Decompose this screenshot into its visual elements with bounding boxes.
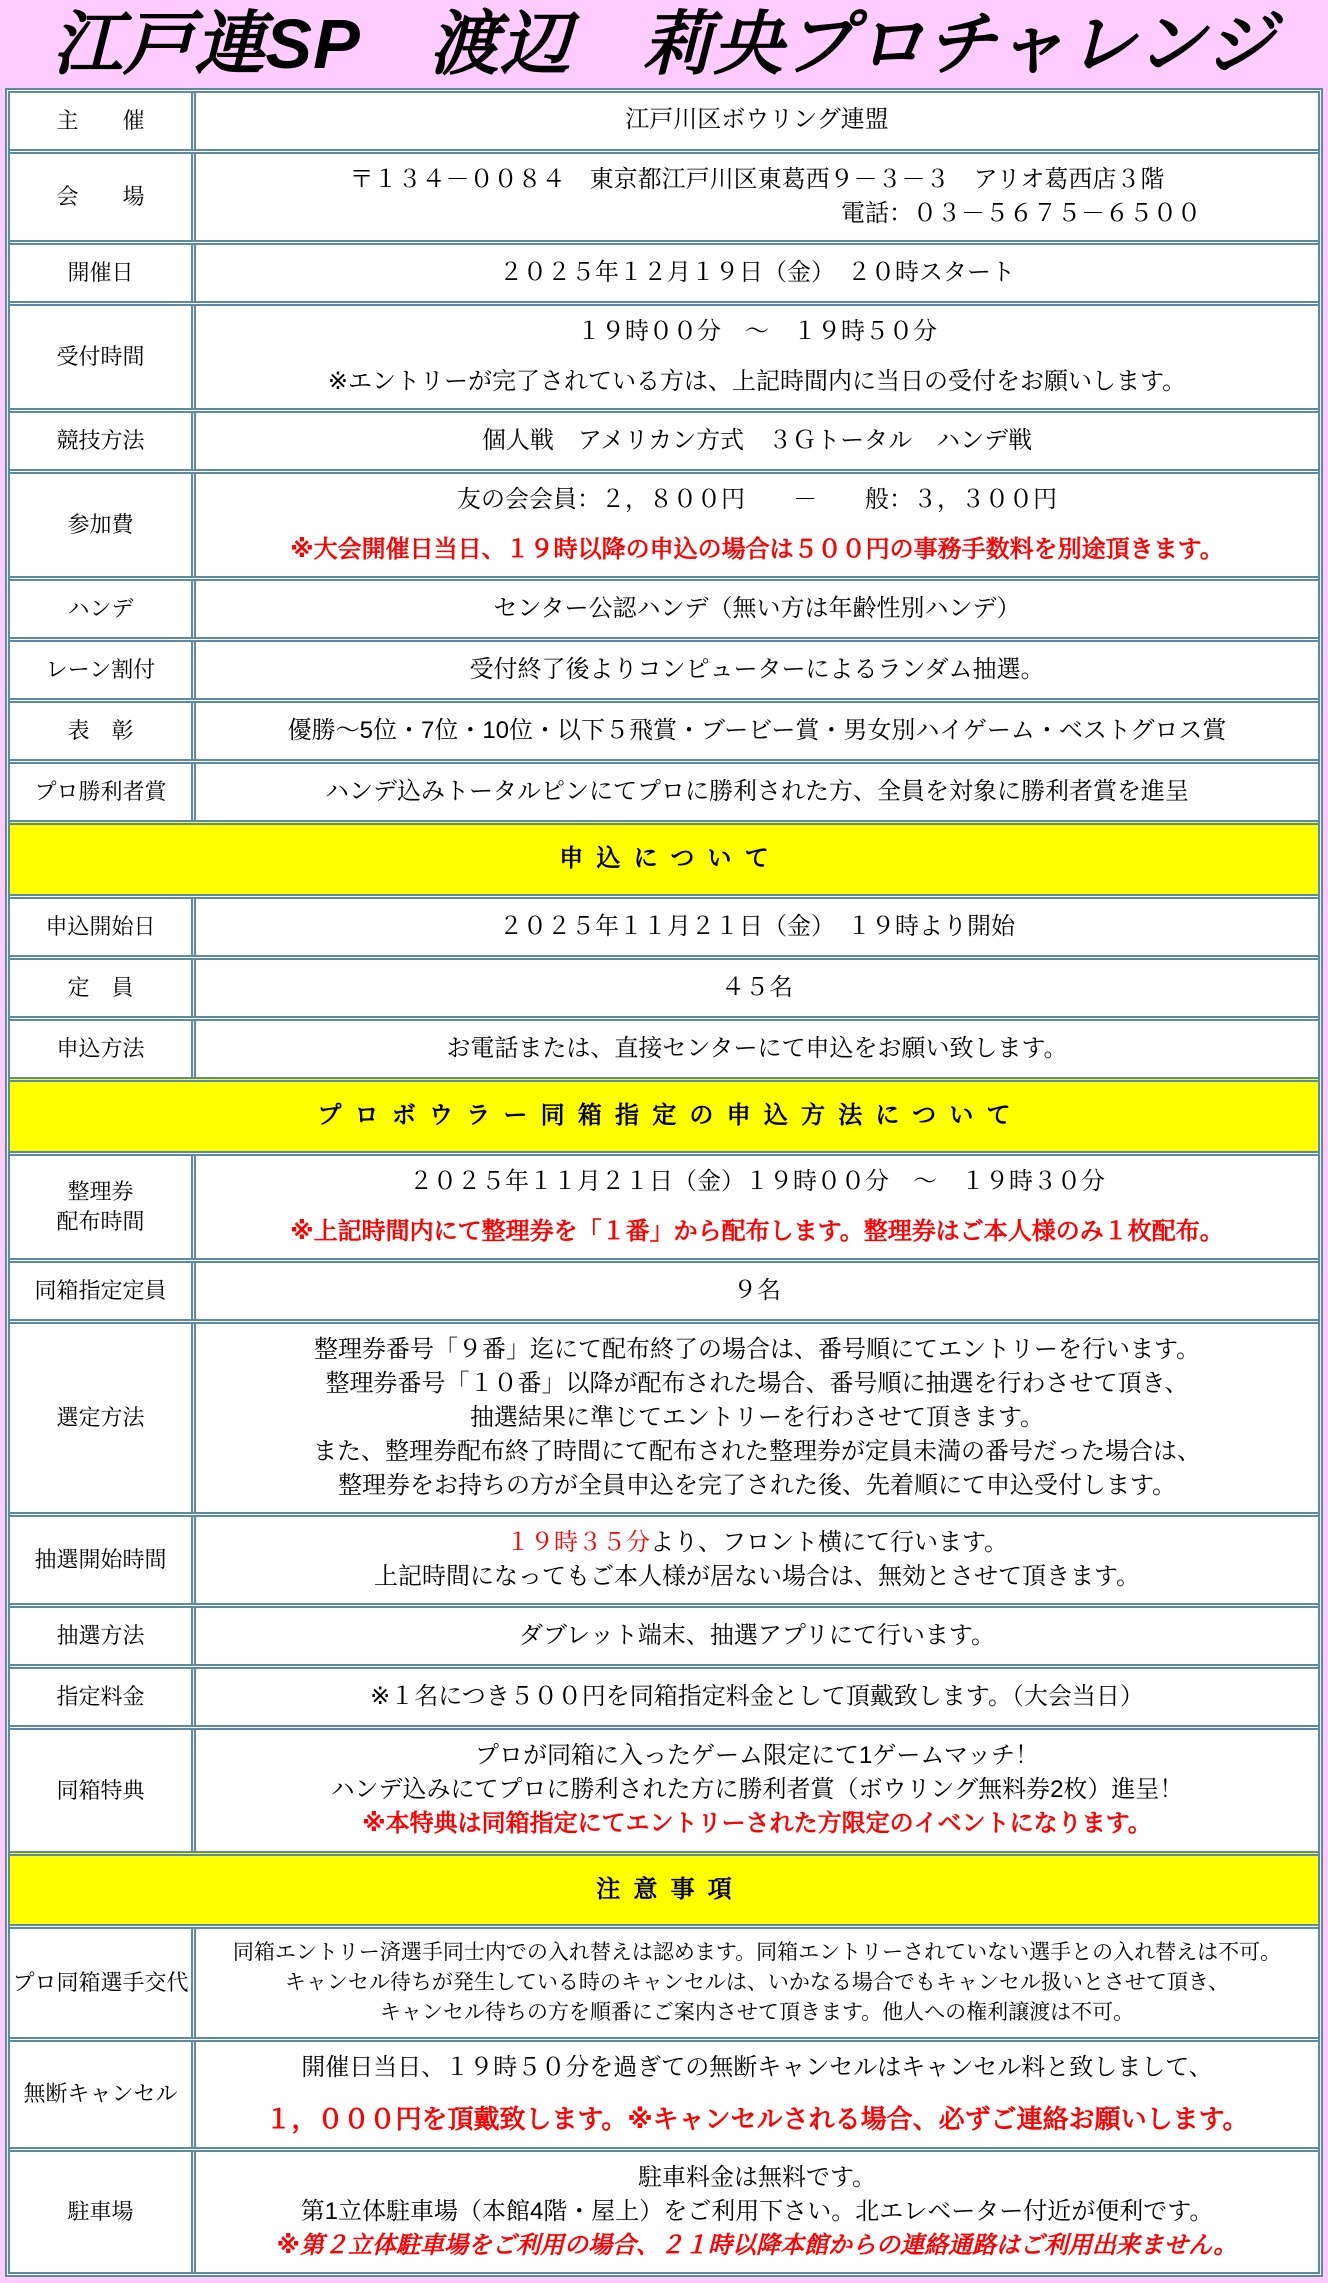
- body-text: 優勝～5位・7位・10位・以下５飛賞・ブービー賞・男女別ハイゲーム・ベストグロス…: [288, 717, 1227, 744]
- body-text: ２０２５年１１月２１日（金）１９時００分 ～ １９時３０分: [409, 1168, 1105, 1195]
- warning-text: １，０００円を頂戴致します。※キャンセルされる場合、必ずご連絡お願いします。: [265, 2104, 1248, 2134]
- table-row: 指定料金※１名につき５００円を同箱指定料金として頂戴致します。（大会当日）: [10, 1664, 1318, 1725]
- row-content: 同箱エントリー済選手同士内での入れ替えは認めます。同箱エントリーされていない選手…: [196, 1929, 1318, 2036]
- text-line: ２０２５年１１月２１日（金） １９時より開始: [499, 910, 1015, 944]
- text-line: ４５名: [721, 971, 793, 1005]
- row-content: 個人戦 アメリカン方式 ３Ｇトータル ハンデ戦: [196, 413, 1318, 469]
- table-row: 競技方法個人戦 アメリカン方式 ３Ｇトータル ハンデ戦: [10, 408, 1318, 469]
- warning-text: １９時３５分: [506, 1529, 650, 1556]
- row-label: 同箱特典: [10, 1730, 196, 1850]
- text-line: 電話：０３－５６７５－６５００: [313, 197, 1201, 231]
- row-label: レーン割付: [10, 642, 196, 698]
- text-line: 整理券番号「１０番」以降が配布された場合、番号順に抽選を行わさせて頂き、: [325, 1367, 1188, 1401]
- row-content: ハンデ込みトータルピンにてプロに勝利された方、全員を対象に勝利者賞を進呈: [196, 764, 1318, 820]
- table-row: 受付時間１９時００分 ～ １９時５０分※エントリーが完了されている方は、上記時間…: [10, 301, 1318, 408]
- body-text: 電話：０３－５６７５－６５００: [841, 200, 1201, 227]
- text-line: キャンセル待ちの方を順番にご案内させて頂きます。他人への権利譲渡は不可。: [380, 1998, 1134, 2028]
- body-text: 駐車料金は無料です。: [638, 2164, 876, 2191]
- text-line: 〒１３４－００８４ 東京都江戸川区東葛西９－３－３ アリオ葛西店３階: [350, 163, 1165, 197]
- warning-text: ※上記時間内にて整理券を「１番」から配布します。整理券はご本人様のみ１枚配布。: [290, 1218, 1223, 1245]
- text-line: 受付終了後よりコンピューターによるランダム抽選。: [469, 653, 1044, 687]
- table-row: 選定方法整理券番号「９番」迄にて配布終了の場合は、番号順にてエントリーを行います…: [10, 1319, 1318, 1512]
- body-text: １９時００分 ～ １９時５０分: [577, 318, 937, 345]
- table-row: 同箱特典プロが同箱に入ったゲーム限定にて1ゲームマッチ！ハンデ込みにてプロに勝利…: [10, 1725, 1318, 1850]
- body-text: また、整理券配布終了時間にて配布された整理券が定員未満の番号だった場合は、: [313, 1438, 1201, 1465]
- text-line: 同箱エントリー済選手同士内での入れ替えは認めます。同箱エントリーされていない選手…: [233, 1938, 1281, 1968]
- text-line: ハンデ込みトータルピンにてプロに勝利された方、全員を対象に勝利者賞を進呈: [325, 775, 1189, 809]
- body-text: プロが同箱に入ったゲーム限定にて1ゲームマッチ！: [475, 1742, 1039, 1769]
- body-text: ハンデ込みトータルピンにてプロに勝利された方、全員を対象に勝利者賞を進呈: [325, 778, 1189, 805]
- body-text: ※エントリーが完了されている方は、上記時間内に当日の受付をお願いします。: [328, 368, 1186, 395]
- body-text: 整理券をお持ちの方が全員申込を完了された後、先着順にて申込受付します。: [338, 1472, 1176, 1499]
- table-row: 申込方法お電話または、直接センターにて申込をお願い致します。: [10, 1016, 1318, 1077]
- row-label: 無断キャンセル: [10, 2042, 196, 2147]
- row-content: ４５名: [196, 960, 1318, 1016]
- text-line: 江戸川区ボウリング連盟: [625, 103, 889, 137]
- text-line: ※１名につき５００円を同箱指定料金として頂戴致します。（大会当日）: [370, 1680, 1144, 1714]
- warning-text: ※本特典は同箱指定にてエントリーされた方限定のイベントになります。: [362, 1810, 1151, 1837]
- table-row: 定 員４５名: [10, 955, 1318, 1016]
- text-line: １，０００円を頂戴致します。※キャンセルされる場合、必ずご連絡お願いします。: [265, 2101, 1248, 2138]
- text-line: 駐車料金は無料です。: [638, 2161, 876, 2195]
- text-line: また、整理券配布終了時間にて配布された整理券が定員未満の番号だった場合は、: [313, 1435, 1201, 1469]
- row-label: 開催日: [10, 245, 196, 301]
- text-line: 整理券をお持ちの方が全員申込を完了された後、先着順にて申込受付します。: [338, 1469, 1176, 1503]
- table-row: 参加費友の会会員：２，８００円 － 般：３，３００円※大会開催日当日、１９時以降…: [10, 469, 1318, 576]
- text-line: 開催日当日、１９時５０分を過ぎての無断キャンセルはキャンセル料と致しまして、: [301, 2051, 1213, 2085]
- body-text: 整理券番号「１０番」以降が配布された場合、番号順に抽選を行わさせて頂き、: [325, 1370, 1188, 1397]
- row-label: 抽選方法: [10, 1608, 196, 1664]
- row-label: 申込方法: [10, 1021, 196, 1077]
- row-label: プロ勝利者賞: [10, 764, 196, 820]
- row-content: センター公認ハンデ（無い方は年齢性別ハンデ）: [196, 581, 1318, 637]
- text-line: お電話または、直接センターにて申込をお願い致します。: [446, 1032, 1067, 1066]
- table-row: 会 場〒１３４－００８４ 東京都江戸川区東葛西９－３－３ アリオ葛西店３階電話：…: [10, 149, 1318, 240]
- row-content: ２０２５年１２月１９日（金） ２０時スタート: [196, 245, 1318, 301]
- table-row: 表 彰優勝～5位・7位・10位・以下５飛賞・ブービー賞・男女別ハイゲーム・ベスト…: [10, 698, 1318, 759]
- row-content: プロが同箱に入ったゲーム限定にて1ゲームマッチ！ハンデ込みにてプロに勝利された方…: [196, 1730, 1318, 1850]
- tournament-flyer: 江戸連SP 渡辺 莉央プロチャレンジ 主 催江戸川区ボウリング連盟会 場〒１３４…: [0, 0, 1328, 2283]
- row-label: 申込開始日: [10, 899, 196, 955]
- body-text: キャンセル待ちが発生している時のキャンセルは、いかなる場合でもキャンセル扱いとさ…: [285, 1971, 1229, 1994]
- text-line: 上記時間になってもご本人様が居ない場合は、無効とさせて頂きます。: [374, 1560, 1140, 1594]
- row-label: 指定料金: [10, 1669, 196, 1725]
- row-content: １９時００分 ～ １９時５０分※エントリーが完了されている方は、上記時間内に当日…: [196, 306, 1318, 408]
- body-text: 第1立体駐車場（本館4階・屋上）をご利用下さい。北エレベーター付近が便利です。: [301, 2198, 1214, 2225]
- body-text: ※１名につき５００円を同箱指定料金として頂戴致します。（大会当日）: [370, 1683, 1144, 1710]
- row-content: 〒１３４－００８４ 東京都江戸川区東葛西９－３－３ アリオ葛西店３階電話：０３－…: [196, 154, 1318, 240]
- table-row: 主 催江戸川区ボウリング連盟: [10, 93, 1318, 149]
- row-label: 同箱指定定員: [10, 1263, 196, 1319]
- warning-text: ※第２立体駐車場をご利用の場合、２１時以降本館からの連絡通路はご利用出来ません。: [277, 2232, 1238, 2259]
- row-label: 受付時間: [10, 306, 196, 408]
- text-line: センター公認ハンデ（無い方は年齢性別ハンデ）: [493, 592, 1020, 626]
- body-text: ２０２５年１２月１９日（金） ２０時スタート: [499, 259, 1015, 286]
- row-label: 定 員: [10, 960, 196, 1016]
- body-text: ダブレット端末、抽選アプリにて行います。: [519, 1622, 995, 1649]
- text-line: ９名: [733, 1274, 781, 1308]
- body-text: お電話または、直接センターにて申込をお願い致します。: [446, 1035, 1067, 1062]
- body-text: 受付終了後よりコンピューターによるランダム抽選。: [469, 656, 1044, 683]
- table-row: 整理券 配布時間２０２５年１１月２１日（金）１９時００分 ～ １９時３０分※上記…: [10, 1151, 1318, 1258]
- row-label: 表 彰: [10, 703, 196, 759]
- row-label: 参加費: [10, 474, 196, 576]
- section-header: 申込について: [10, 820, 1318, 894]
- text-line: 友の会会員：２，８００円 － 般：３，３００円: [457, 483, 1057, 517]
- body-text: ９名: [733, 1277, 781, 1304]
- row-content: 開催日当日、１９時５０分を過ぎての無断キャンセルはキャンセル料と致しまして、１，…: [196, 2042, 1318, 2147]
- table-row: ハンデセンター公認ハンデ（無い方は年齢性別ハンデ）: [10, 576, 1318, 637]
- row-content: ダブレット端末、抽選アプリにて行います。: [196, 1608, 1318, 1664]
- text-line: ※第２立体駐車場をご利用の場合、２１時以降本館からの連絡通路はご利用出来ません。: [277, 2229, 1238, 2263]
- text-line: １９時００分 ～ １９時５０分: [577, 315, 937, 349]
- row-content: ２０２５年１１月２１日（金） １９時より開始: [196, 899, 1318, 955]
- table-row: 申込開始日２０２５年１１月２１日（金） １９時より開始: [10, 894, 1318, 955]
- table-row: 開催日２０２５年１２月１９日（金） ２０時スタート: [10, 240, 1318, 301]
- section-header: 注意事項: [10, 1851, 1318, 1925]
- text-line: ※本特典は同箱指定にてエントリーされた方限定のイベントになります。: [362, 1807, 1151, 1841]
- text-line: 第1立体駐車場（本館4階・屋上）をご利用下さい。北エレベーター付近が便利です。: [301, 2195, 1214, 2229]
- row-label: 駐車場: [10, 2152, 196, 2272]
- text-line: 個人戦 アメリカン方式 ３Ｇトータル ハンデ戦: [482, 424, 1032, 458]
- text-line: 抽選結果に準じてエントリーを行わさせて頂きます。: [470, 1401, 1044, 1435]
- row-content: ※１名につき５００円を同箱指定料金として頂戴致します。（大会当日）: [196, 1669, 1318, 1725]
- body-text: センター公認ハンデ（無い方は年齢性別ハンデ）: [493, 595, 1020, 622]
- table-row: 抽選開始時間１９時３５分より、フロント横にて行います。上記時間になってもご本人様…: [10, 1512, 1318, 1603]
- table-row: 抽選方法ダブレット端末、抽選アプリにて行います。: [10, 1603, 1318, 1664]
- body-text: より、フロント横にて行います。: [650, 1529, 1008, 1556]
- body-text: 個人戦 アメリカン方式 ３Ｇトータル ハンデ戦: [482, 427, 1032, 454]
- body-text: 江戸川区ボウリング連盟: [625, 106, 889, 133]
- table-row: 同箱指定定員９名: [10, 1258, 1318, 1319]
- text-line: ダブレット端末、抽選アプリにて行います。: [519, 1619, 995, 1653]
- row-content: お電話または、直接センターにて申込をお願い致します。: [196, 1021, 1318, 1077]
- text-line: ハンデ込みにてプロに勝利された方に勝利者賞（ボウリング無料券2枚）進呈！: [331, 1773, 1184, 1807]
- body-text: 抽選結果に準じてエントリーを行わさせて頂きます。: [470, 1404, 1044, 1431]
- row-label: 会 場: [10, 154, 196, 240]
- table-row: プロ勝利者賞ハンデ込みトータルピンにてプロに勝利された方、全員を対象に勝利者賞を…: [10, 759, 1318, 820]
- text-line: ※大会開催日当日、１９時以降の申込の場合は５００円の事務手数料を別途頂きます。: [290, 533, 1223, 567]
- text-line: ※エントリーが完了されている方は、上記時間内に当日の受付をお願いします。: [328, 365, 1186, 399]
- text-line: 優勝～5位・7位・10位・以下５飛賞・ブービー賞・男女別ハイゲーム・ベストグロス…: [288, 714, 1227, 748]
- row-content: 受付終了後よりコンピューターによるランダム抽選。: [196, 642, 1318, 698]
- table-row: 無断キャンセル開催日当日、１９時５０分を過ぎての無断キャンセルはキャンセル料と致…: [10, 2037, 1318, 2147]
- row-content: 駐車料金は無料です。第1立体駐車場（本館4階・屋上）をご利用下さい。北エレベータ…: [196, 2152, 1318, 2272]
- row-label: 整理券 配布時間: [10, 1156, 196, 1258]
- body-text: 友の会会員：２，８００円 － 般：３，３００円: [457, 486, 1057, 513]
- body-text: 開催日当日、１９時５０分を過ぎての無断キャンセルはキャンセル料と致しまして、: [301, 2054, 1213, 2081]
- body-text: 整理券番号「９番」迄にて配布終了の場合は、番号順にてエントリーを行います。: [314, 1336, 1200, 1363]
- warning-text: ※大会開催日当日、１９時以降の申込の場合は５００円の事務手数料を別途頂きます。: [290, 536, 1223, 563]
- body-text: キャンセル待ちの方を順番にご案内させて頂きます。他人への権利譲渡は不可。: [380, 2001, 1134, 2024]
- row-label: ハンデ: [10, 581, 196, 637]
- row-label: 競技方法: [10, 413, 196, 469]
- text-line: プロが同箱に入ったゲーム限定にて1ゲームマッチ！: [475, 1739, 1039, 1773]
- row-content: 整理券番号「９番」迄にて配布終了の場合は、番号順にてエントリーを行います。整理券…: [196, 1324, 1318, 1512]
- text-line: ２０２５年１２月１９日（金） ２０時スタート: [499, 256, 1015, 290]
- text-line: 整理券番号「９番」迄にて配布終了の場合は、番号順にてエントリーを行います。: [314, 1333, 1200, 1367]
- row-content: 優勝～5位・7位・10位・以下５飛賞・ブービー賞・男女別ハイゲーム・ベストグロス…: [196, 703, 1318, 759]
- section-header: プロボウラー同箱指定の申込方法について: [10, 1077, 1318, 1151]
- body-text: ２０２５年１１月２１日（金） １９時より開始: [499, 913, 1015, 940]
- row-label: 抽選開始時間: [10, 1517, 196, 1603]
- row-content: 友の会会員：２，８００円 － 般：３，３００円※大会開催日当日、１９時以降の申込…: [196, 474, 1318, 576]
- text-line: ※上記時間内にて整理券を「１番」から配布します。整理券はご本人様のみ１枚配布。: [290, 1215, 1223, 1249]
- text-line: １９時３５分より、フロント横にて行います。: [506, 1526, 1008, 1560]
- row-content: ２０２５年１１月２１日（金）１９時００分 ～ １９時３０分※上記時間内にて整理券…: [196, 1156, 1318, 1258]
- row-label: 主 催: [10, 93, 196, 149]
- row-content: １９時３５分より、フロント横にて行います。上記時間になってもご本人様が居ない場合…: [196, 1517, 1318, 1603]
- body-text: ハンデ込みにてプロに勝利された方に勝利者賞（ボウリング無料券2枚）進呈！: [331, 1776, 1184, 1803]
- row-content: 江戸川区ボウリング連盟: [196, 93, 1318, 149]
- table-row: レーン割付受付終了後よりコンピューターによるランダム抽選。: [10, 637, 1318, 698]
- text-line: ２０２５年１１月２１日（金）１９時００分 ～ １９時３０分: [409, 1165, 1105, 1199]
- row-content: ９名: [196, 1263, 1318, 1319]
- body-text: 同箱エントリー済選手同士内での入れ替えは認めます。同箱エントリーされていない選手…: [233, 1941, 1281, 1964]
- text-line: キャンセル待ちが発生している時のキャンセルは、いかなる場合でもキャンセル扱いとさ…: [285, 1968, 1229, 1998]
- table-row: 駐車場駐車料金は無料です。第1立体駐車場（本館4階・屋上）をご利用下さい。北エレ…: [10, 2147, 1318, 2272]
- body-text: 〒１３４－００８４ 東京都江戸川区東葛西９－３－３ アリオ葛西店３階: [350, 166, 1165, 193]
- info-table: 主 催江戸川区ボウリング連盟会 場〒１３４－００８４ 東京都江戸川区東葛西９－３…: [5, 88, 1323, 2277]
- page-title: 江戸連SP 渡辺 莉央プロチャレンジ: [5, 0, 1323, 88]
- row-label: プロ同箱選手交代: [10, 1929, 196, 2036]
- table-row: プロ同箱選手交代同箱エントリー済選手同士内での入れ替えは認めます。同箱エントリー…: [10, 1924, 1318, 2036]
- row-label: 選定方法: [10, 1324, 196, 1512]
- body-text: ４５名: [721, 974, 793, 1001]
- body-text: 上記時間になってもご本人様が居ない場合は、無効とさせて頂きます。: [374, 1563, 1140, 1590]
